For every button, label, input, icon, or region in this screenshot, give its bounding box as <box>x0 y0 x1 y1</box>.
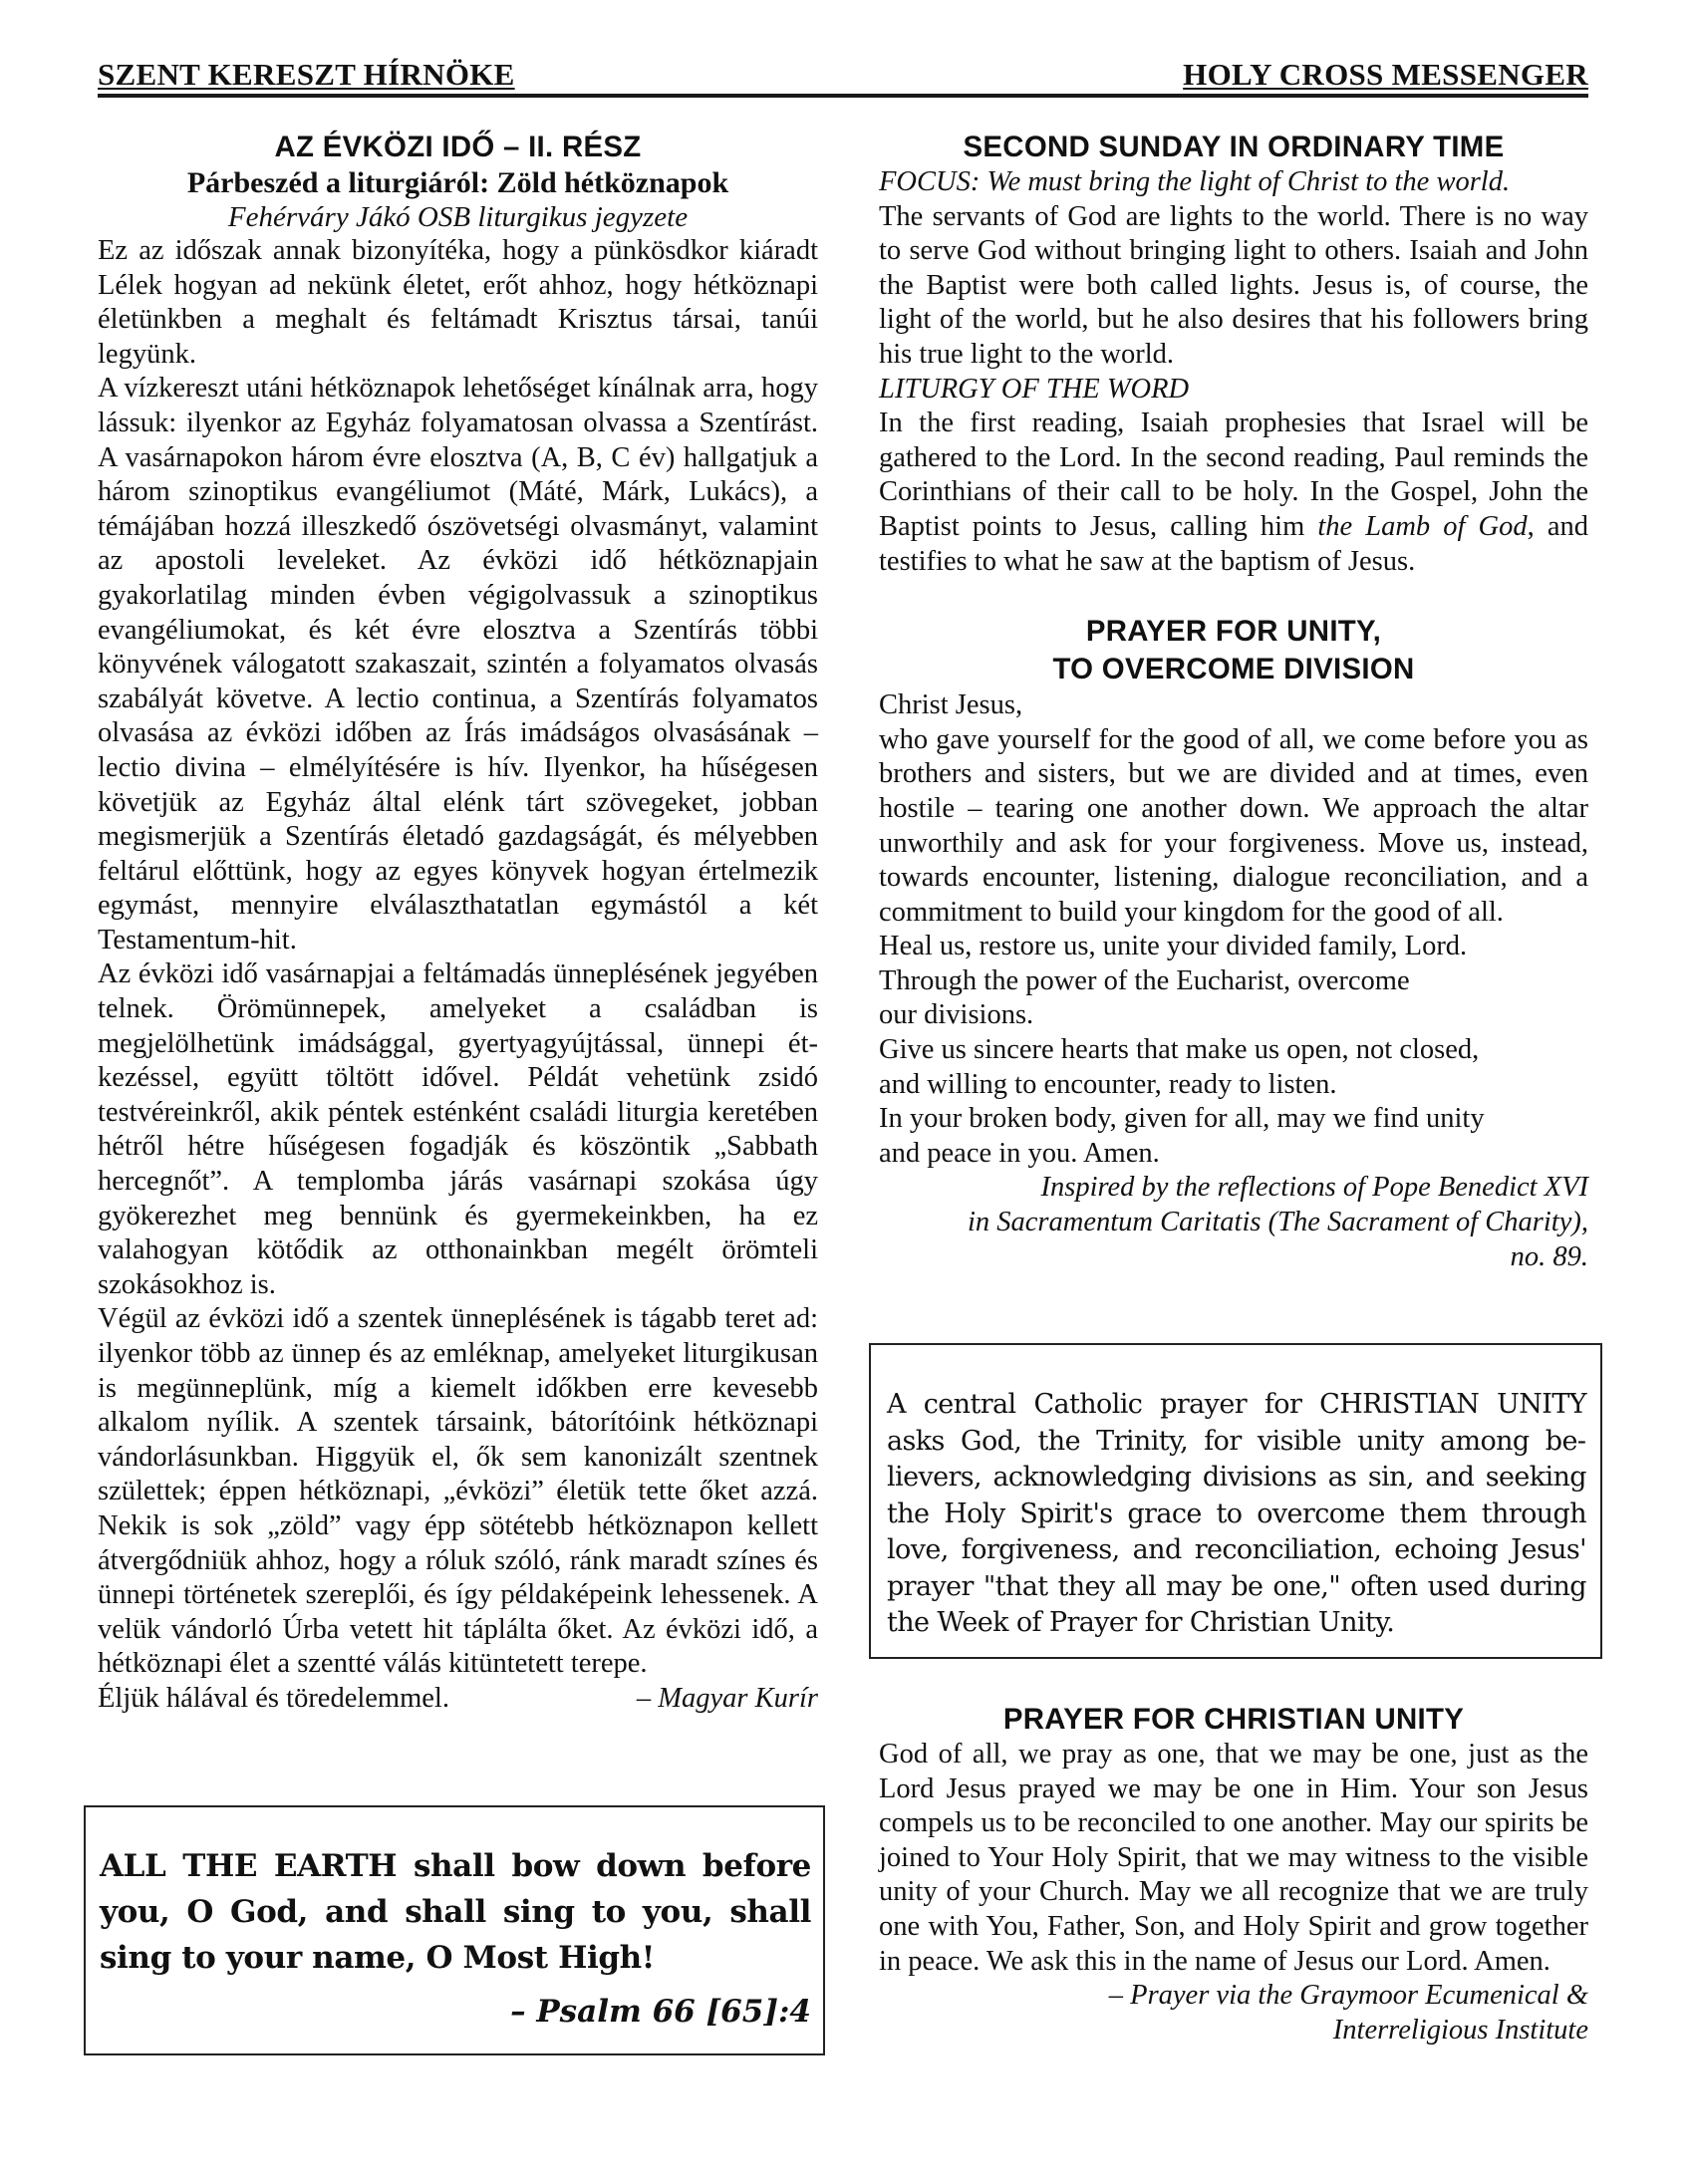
prayer-unity-line: our divisions. <box>879 998 1588 1033</box>
prayer-unity-line: In your broken body, given for all, may … <box>879 1102 1588 1137</box>
liturgy-text-lamb-of-god: the Lamb of God <box>1317 511 1527 542</box>
psalm-quote-caps: ALL THE EARTH <box>100 1848 397 1884</box>
prayer-unity-attribution: in Sacramentum Caritatis (The Sacrament … <box>879 1206 1588 1240</box>
article-paragraph: Ez az időszak annak bizonyítéka, hogy a … <box>98 234 818 372</box>
prayer-christian-unity-section: PRAYER FOR CHRISTIAN UNITY God of all, w… <box>879 1702 1588 2047</box>
header-hungarian-title: SZENT KERESZT HÍRNÖKE <box>98 58 515 92</box>
psalm-quote-box: ALL THE EARTH shall bow down before you,… <box>84 1805 825 2055</box>
focus-line: FOCUS: We must bring the light of Christ… <box>879 165 1588 200</box>
prayer-unity-attribution: Inspired by the reflections of Pope Bene… <box>879 1171 1588 1206</box>
prayer-unity-line: and willing to encounter, ready to liste… <box>879 1068 1588 1103</box>
prayer-unity-title-line1: PRAYER FOR UNITY, <box>886 613 1581 651</box>
article-source: – Magyar Kurír <box>637 1682 818 1717</box>
prayer-unity-line: and peace in you. Amen. <box>879 1137 1588 1172</box>
liturgy-of-the-word-text: In the first reading, Isaiah prophesies … <box>879 407 1588 579</box>
prayer-unity-line: Give us sincere hearts that make us open… <box>879 1033 1588 1068</box>
prayer-unity-title-line2: TO OVERCOME DIVISION <box>886 651 1581 688</box>
prayer-christian-unity-attribution: Interreligious Institute <box>879 2014 1588 2048</box>
page-header: SZENT KERESZT HÍRNÖKE HOLY CROSS MESSENG… <box>98 58 1588 98</box>
article-paragraph: Végül az évközi idő a szentek ünneplésén… <box>98 1302 818 1682</box>
psalm-quote-text: ALL THE EARTH shall bow down before you,… <box>100 1843 811 1981</box>
christian-unity-info-text: A central Catholic prayer for CHRISTIAN … <box>887 1387 1586 1642</box>
spacer <box>879 579 1588 613</box>
right-column: SECOND SUNDAY IN ORDINARY TIME FOCUS: We… <box>879 130 1588 1274</box>
article-title: AZ ÉVKÖZI IDŐ – II. RÉSZ <box>105 130 811 165</box>
article-byline: Fehérváry Jákó OSB liturgikus jegyzete <box>98 200 818 234</box>
article-paragraph: A vízkereszt utáni hétköznapok lehetőség… <box>98 372 818 957</box>
prayer-unity-salutation: Christ Jesus, <box>879 688 1588 723</box>
christian-unity-info-box: A central Catholic prayer for CHRISTIAN … <box>869 1343 1602 1659</box>
header-english-title: HOLY CROSS MESSENGER <box>1183 58 1588 92</box>
prayer-unity-line: Through the power of the Eucharist, over… <box>879 964 1588 999</box>
second-sunday-intro: The servants of God are lights to the wo… <box>879 200 1588 373</box>
prayer-christian-unity-title: PRAYER FOR CHRISTIAN UNITY <box>886 1702 1581 1738</box>
liturgy-of-the-word-heading: LITURGY OF THE WORD <box>879 373 1588 408</box>
article-last-line: Éljük hálával és töredelemmel. <box>98 1682 449 1717</box>
article-closing-row: Éljük hálával és töredelemmel. – Magyar … <box>98 1682 818 1717</box>
second-sunday-section: SECOND SUNDAY IN ORDINARY TIME FOCUS: We… <box>879 130 1588 579</box>
psalm-reference: – Psalm 66 [65]:4 <box>100 1989 811 2035</box>
article-subtitle: Párbeszéd a liturgiáról: Zöld hétköznapo… <box>98 165 818 200</box>
prayer-christian-unity-attribution: – Prayer via the Graymoor Ecumenical & <box>879 1979 1588 2014</box>
prayer-unity-attribution: no. 89. <box>879 1240 1588 1275</box>
prayer-unity-body: who gave yourself for the good of all, w… <box>879 723 1588 931</box>
second-sunday-title: SECOND SUNDAY IN ORDINARY TIME <box>886 130 1581 165</box>
prayer-christian-unity-body: God of all, we pray as one, that we may … <box>879 1738 1588 1979</box>
prayer-unity-line: Heal us, restore us, unite your divided … <box>879 930 1588 964</box>
prayer-for-unity-section: PRAYER FOR UNITY, TO OVERCOME DIVISION C… <box>879 613 1588 1274</box>
left-column: AZ ÉVKÖZI IDŐ – II. RÉSZ Párbeszéd a lit… <box>98 130 818 1717</box>
article-evkozi-ido: AZ ÉVKÖZI IDŐ – II. RÉSZ Párbeszéd a lit… <box>98 130 818 1717</box>
article-paragraph: Az évközi idő vasárnapjai a feltámadás ü… <box>98 957 818 1302</box>
